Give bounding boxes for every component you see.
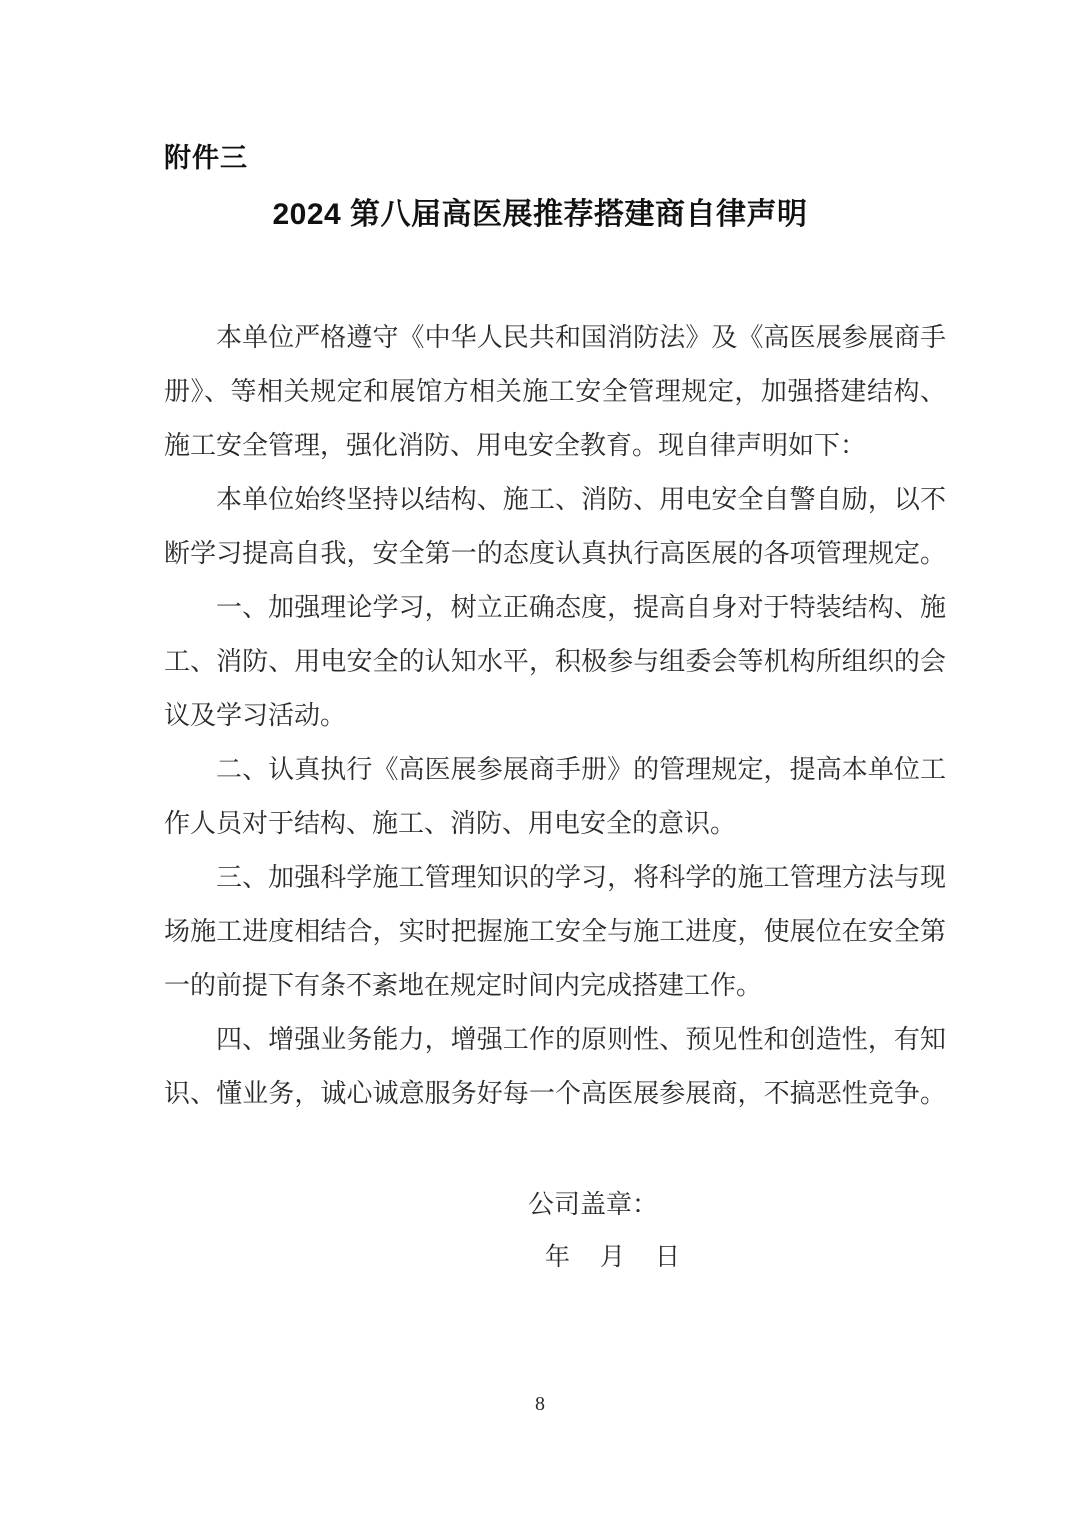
paragraph-4: 二、认真执行《高医展参展商手册》的管理规定，提高本单位工 作人员对于结构、施工、… — [164, 743, 946, 851]
paragraph-2: 本单位始终坚持以结构、施工、消防、用电安全自警自励，以不 断学习提高自我，安全第… — [164, 473, 946, 581]
date-month-label: 月 — [600, 1244, 625, 1272]
page-number: 8 — [0, 1392, 1080, 1416]
document-page: 附件三 2024 第八届高医展推荐搭建商自律声明 本单位严格遵守《中华人民共和国… — [0, 0, 1080, 1527]
date-year-label: 年 — [545, 1244, 570, 1272]
paragraph-5: 三、加强科学施工管理知识的学习，将科学的施工管理方法与现 场施工进度相结合，实时… — [164, 851, 946, 1013]
date-day-label: 日 — [655, 1244, 680, 1272]
body-line: 施工安全管理，强化消防、用电安全教育。现自律声明如下： — [164, 419, 946, 473]
body-line: 工、消防、用电安全的认知水平，积极参与组委会等机构所组织的会 — [164, 635, 946, 689]
date-line: 年 月 日 — [545, 1244, 680, 1272]
paragraph-1: 本单位严格遵守《中华人民共和国消防法》及《高医展参展商手 册》、等相关规定和展馆… — [164, 311, 946, 473]
body-line: 断学习提高自我，安全第一的态度认真执行高医展的各项管理规定。 — [164, 527, 946, 581]
body-line: 二、认真执行《高医展参展商手册》的管理规定，提高本单位工 — [164, 743, 946, 797]
body-line: 议及学习活动。 — [164, 689, 946, 743]
attachment-label: 附件三 — [164, 143, 248, 173]
body-line: 本单位始终坚持以结构、施工、消防、用电安全自警自励，以不 — [164, 473, 946, 527]
page-title: 2024 第八届高医展推荐搭建商自律声明 — [0, 196, 1080, 234]
body-line: 三、加强科学施工管理知识的学习，将科学的施工管理方法与现 — [164, 851, 946, 905]
body-line: 四、增强业务能力，增强工作的原则性、预见性和创造性，有知 — [164, 1013, 946, 1067]
paragraph-6: 四、增强业务能力，增强工作的原则性、预见性和创造性，有知 识、懂业务，诚心诚意服… — [164, 1013, 946, 1121]
document-body: 本单位严格遵守《中华人民共和国消防法》及《高医展参展商手 册》、等相关规定和展馆… — [164, 311, 946, 1121]
body-line: 本单位严格遵守《中华人民共和国消防法》及《高医展参展商手 — [164, 311, 946, 365]
body-line: 识、懂业务，诚心诚意服务好每一个高医展参展商，不搞恶性竞争。 — [164, 1067, 946, 1121]
body-line: 作人员对于结构、施工、消防、用电安全的意识。 — [164, 797, 946, 851]
body-line: 册》、等相关规定和展馆方相关施工安全管理规定，加强搭建结构、 — [164, 365, 946, 419]
company-seal-label: 公司盖章： — [528, 1190, 658, 1220]
paragraph-3: 一、加强理论学习，树立正确态度，提高自身对于特装结构、施 工、消防、用电安全的认… — [164, 581, 946, 743]
body-line: 一的前提下有条不紊地在规定时间内完成搭建工作。 — [164, 959, 946, 1013]
body-line: 场施工进度相结合，实时把握施工安全与施工进度，使展位在安全第 — [164, 905, 946, 959]
body-line: 一、加强理论学习，树立正确态度，提高自身对于特装结构、施 — [164, 581, 946, 635]
